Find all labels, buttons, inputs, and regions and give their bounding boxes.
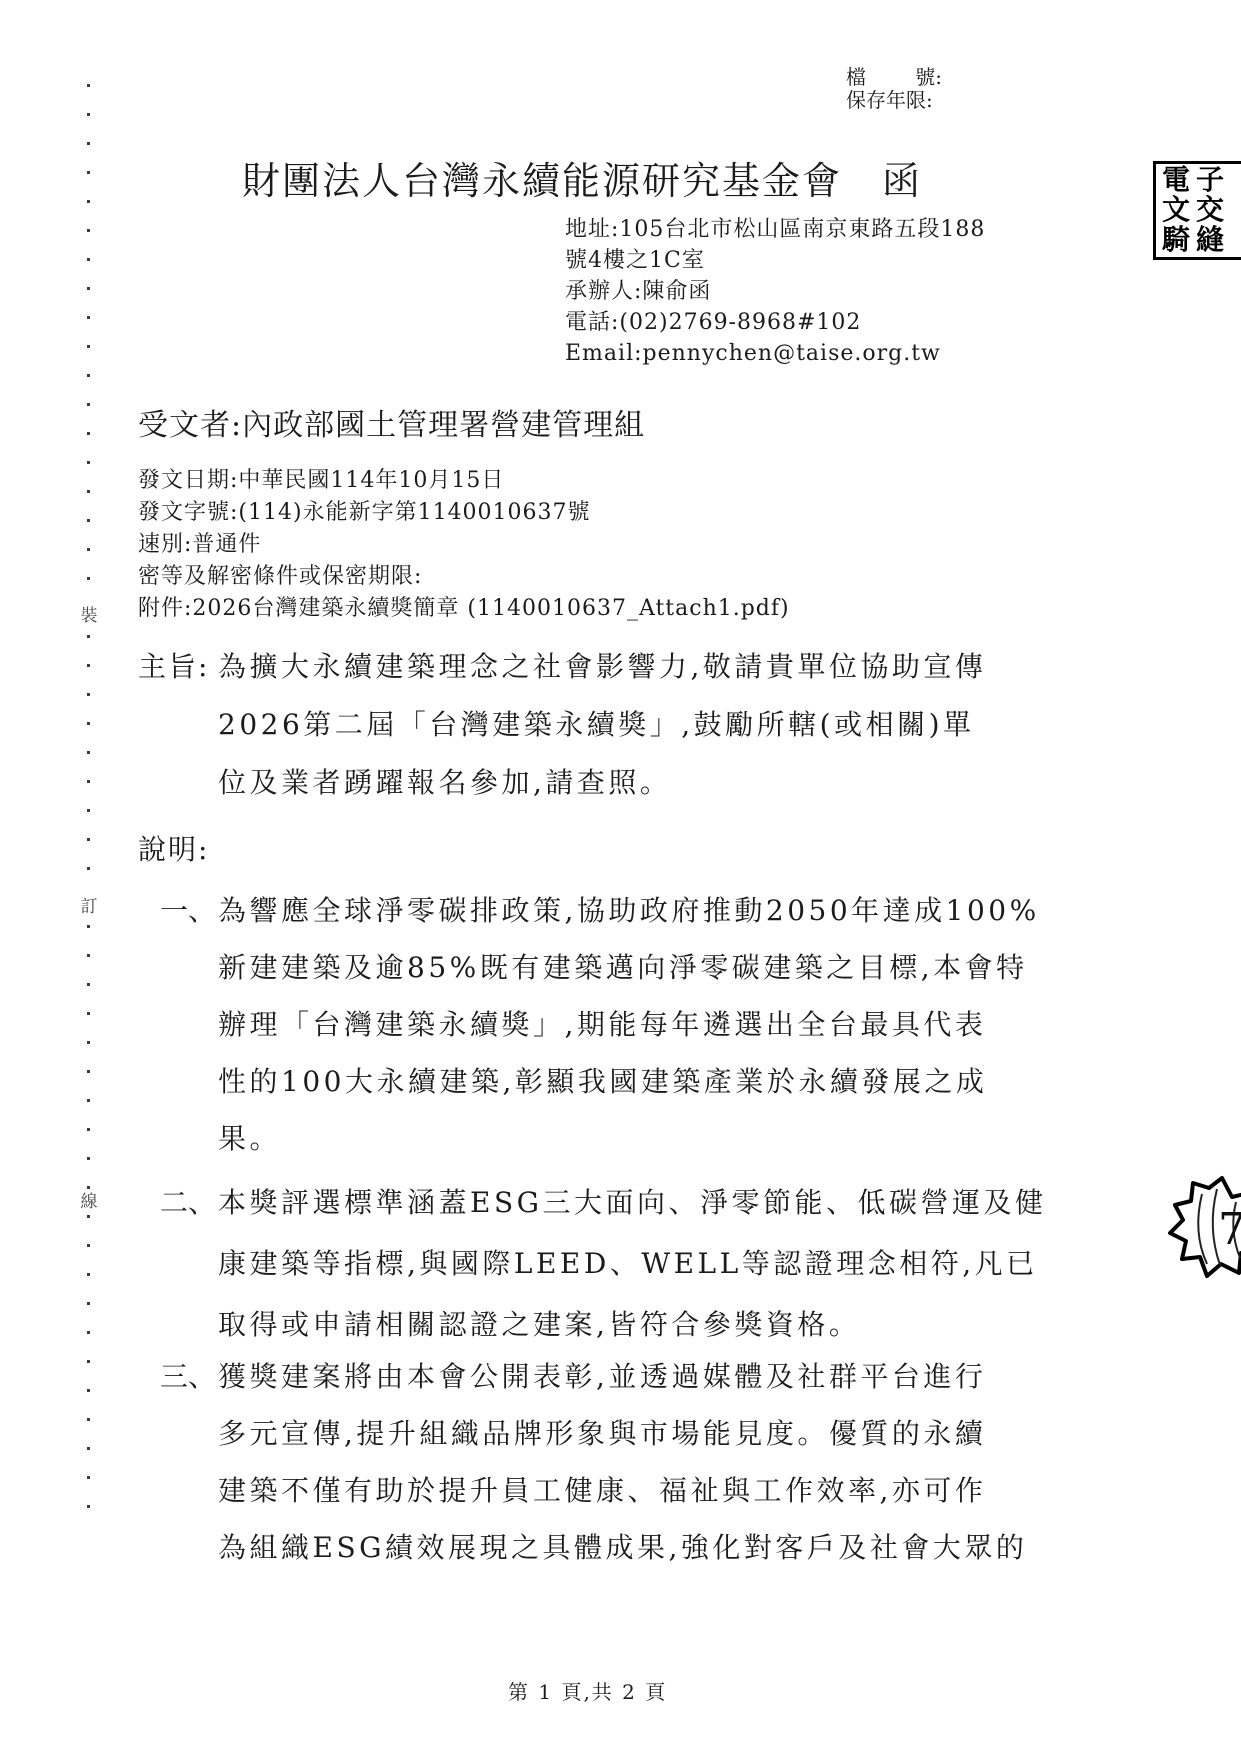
item-line: 新建建築及逾85%既有建築邁向淨零碳建築之目標,本會特 (160, 939, 1060, 996)
file-number-label-left: 檔 (846, 66, 866, 89)
binding-dotted-line (87, 84, 90, 1524)
meta-issue-number: 發文字號:(114)永能新字第1140010637號 (138, 497, 790, 529)
item-number: 二、 (160, 1172, 218, 1233)
binding-mark-ding: 訂 (79, 896, 99, 919)
subject-line: 2026第二屆「台灣建築永續獎」,鼓勵所轄(或相關)單 (138, 696, 1038, 754)
meta-attachment: 附件:2026台灣建築永續獎簡章 (1140010637_Attach1.pdf… (138, 593, 790, 625)
file-number-block: 檔 號: 保存年限: (846, 66, 942, 112)
sender-address-line2: 號4樓之1C室 (565, 245, 985, 276)
explanation-item-3: 三、獲獎建案將由本會公開表彰,並透過媒體及社群平台進行 多元宣傳,提升組織品牌形… (160, 1348, 1060, 1576)
paper-seal-graphic: 7 (1152, 1172, 1241, 1287)
meta-priority: 速別:普通件 (138, 529, 790, 561)
item-line: 本獎評選標準涵蓋ESG三大面向、淨零節能、低碳營運及健 (218, 1186, 1047, 1219)
estamp-row: 電子 (1162, 165, 1241, 195)
electronic-exchange-stamp: 電子 文交 騎縫 (1153, 161, 1241, 260)
explanation-item-2: 二、本獎評選標準涵蓋ESG三大面向、淨零節能、低碳營運及健 康建築等指標,與國際… (160, 1172, 1060, 1355)
subject-block: 主旨:為擴大永續建築理念之社會影響力,敬請貴單位協助宣傳 2026第二屆「台灣建… (138, 638, 1038, 812)
item-line: 辦理「台灣建築永續獎」,期能每年遴選出全台最具代表 (160, 996, 1060, 1053)
item-line: 果。 (160, 1110, 1060, 1167)
sender-info-block: 地址:105台北市松山區南京東路五段188 號4樓之1C室 承辦人:陳俞函 電話… (565, 214, 985, 369)
item-number: 三、 (160, 1348, 218, 1405)
item-line: 康建築等指標,與國際LEED、WELL等認證理念相符,凡已 (160, 1233, 1060, 1294)
retention-label: 保存年限: (846, 89, 942, 112)
item-line: 獲獎建案將由本會公開表彰,並透過媒體及社群平台進行 (218, 1360, 986, 1393)
item-line: 為響應全球淨零碳排政策,協助政府推動2050年達成100% (218, 894, 1040, 927)
item-line: 性的100大永續建築,彰顯我國建築產業於永續發展之成 (160, 1053, 1060, 1110)
sender-address-line1: 地址:105台北市松山區南京東路五段188 (565, 214, 985, 245)
meta-classification: 密等及解密條件或保密期限: (138, 561, 790, 593)
file-number-label-right: 號: (915, 66, 942, 89)
subject-line: 位及業者踴躍報名參加,請查照。 (138, 754, 1038, 812)
estamp-row: 騎縫 (1162, 225, 1241, 255)
item-line: 取得或申請相關認證之建案,皆符合參獎資格。 (160, 1294, 1060, 1355)
document-meta-block: 發文日期:中華民國114年10月15日 發文字號:(114)永能新字第11400… (138, 465, 790, 625)
official-letter-page: 裝 訂 線 檔 號: 保存年限: 電子 文交 騎縫 財團法人台灣永續能源研究基金… (0, 0, 1241, 1754)
recipient-line: 受文者:內政部國土管理署營建管理組 (138, 400, 645, 444)
subject-label: 主旨: (138, 638, 218, 696)
page-footer: 第 1 頁,共 2 頁 (508, 1676, 667, 1705)
meta-issue-date: 發文日期:中華民國114年10月15日 (138, 465, 790, 497)
sender-email: Email:pennychen@taise.org.tw (565, 338, 985, 369)
item-line: 多元宣傳,提升組織品牌形象與市場能見度。優質的永續 (160, 1405, 1060, 1462)
subject-first-line: 主旨:為擴大永續建築理念之社會影響力,敬請貴單位協助宣傳 (138, 638, 1038, 696)
estamp-row: 文交 (1162, 195, 1241, 225)
binding-mark-zhuang: 裝 (79, 605, 99, 628)
item-number: 一、 (160, 882, 218, 939)
file-number-line: 檔 號: (846, 66, 942, 89)
subject-line: 為擴大永續建築理念之社會影響力,敬請貴單位協助宣傳 (218, 650, 986, 683)
item-line: 為組織ESG績效展現之具體成果,強化對客戶及社會大眾的 (160, 1519, 1060, 1576)
explanation-heading: 說明: (138, 828, 209, 868)
document-title: 財團法人台灣永續能源研究基金會 函 (242, 150, 922, 205)
seal-number: 7 (1218, 1204, 1241, 1255)
item-line: 建築不僅有助於提升員工健康、福祉與工作效率,亦可作 (160, 1462, 1060, 1519)
explanation-item-1: 一、為響應全球淨零碳排政策,協助政府推動2050年達成100% 新建建築及逾85… (160, 882, 1060, 1167)
binding-mark-xian: 線 (79, 1191, 99, 1214)
sender-phone: 電話:(02)2769-8968#102 (565, 307, 985, 338)
sender-contact-person: 承辦人:陳俞函 (565, 276, 985, 307)
